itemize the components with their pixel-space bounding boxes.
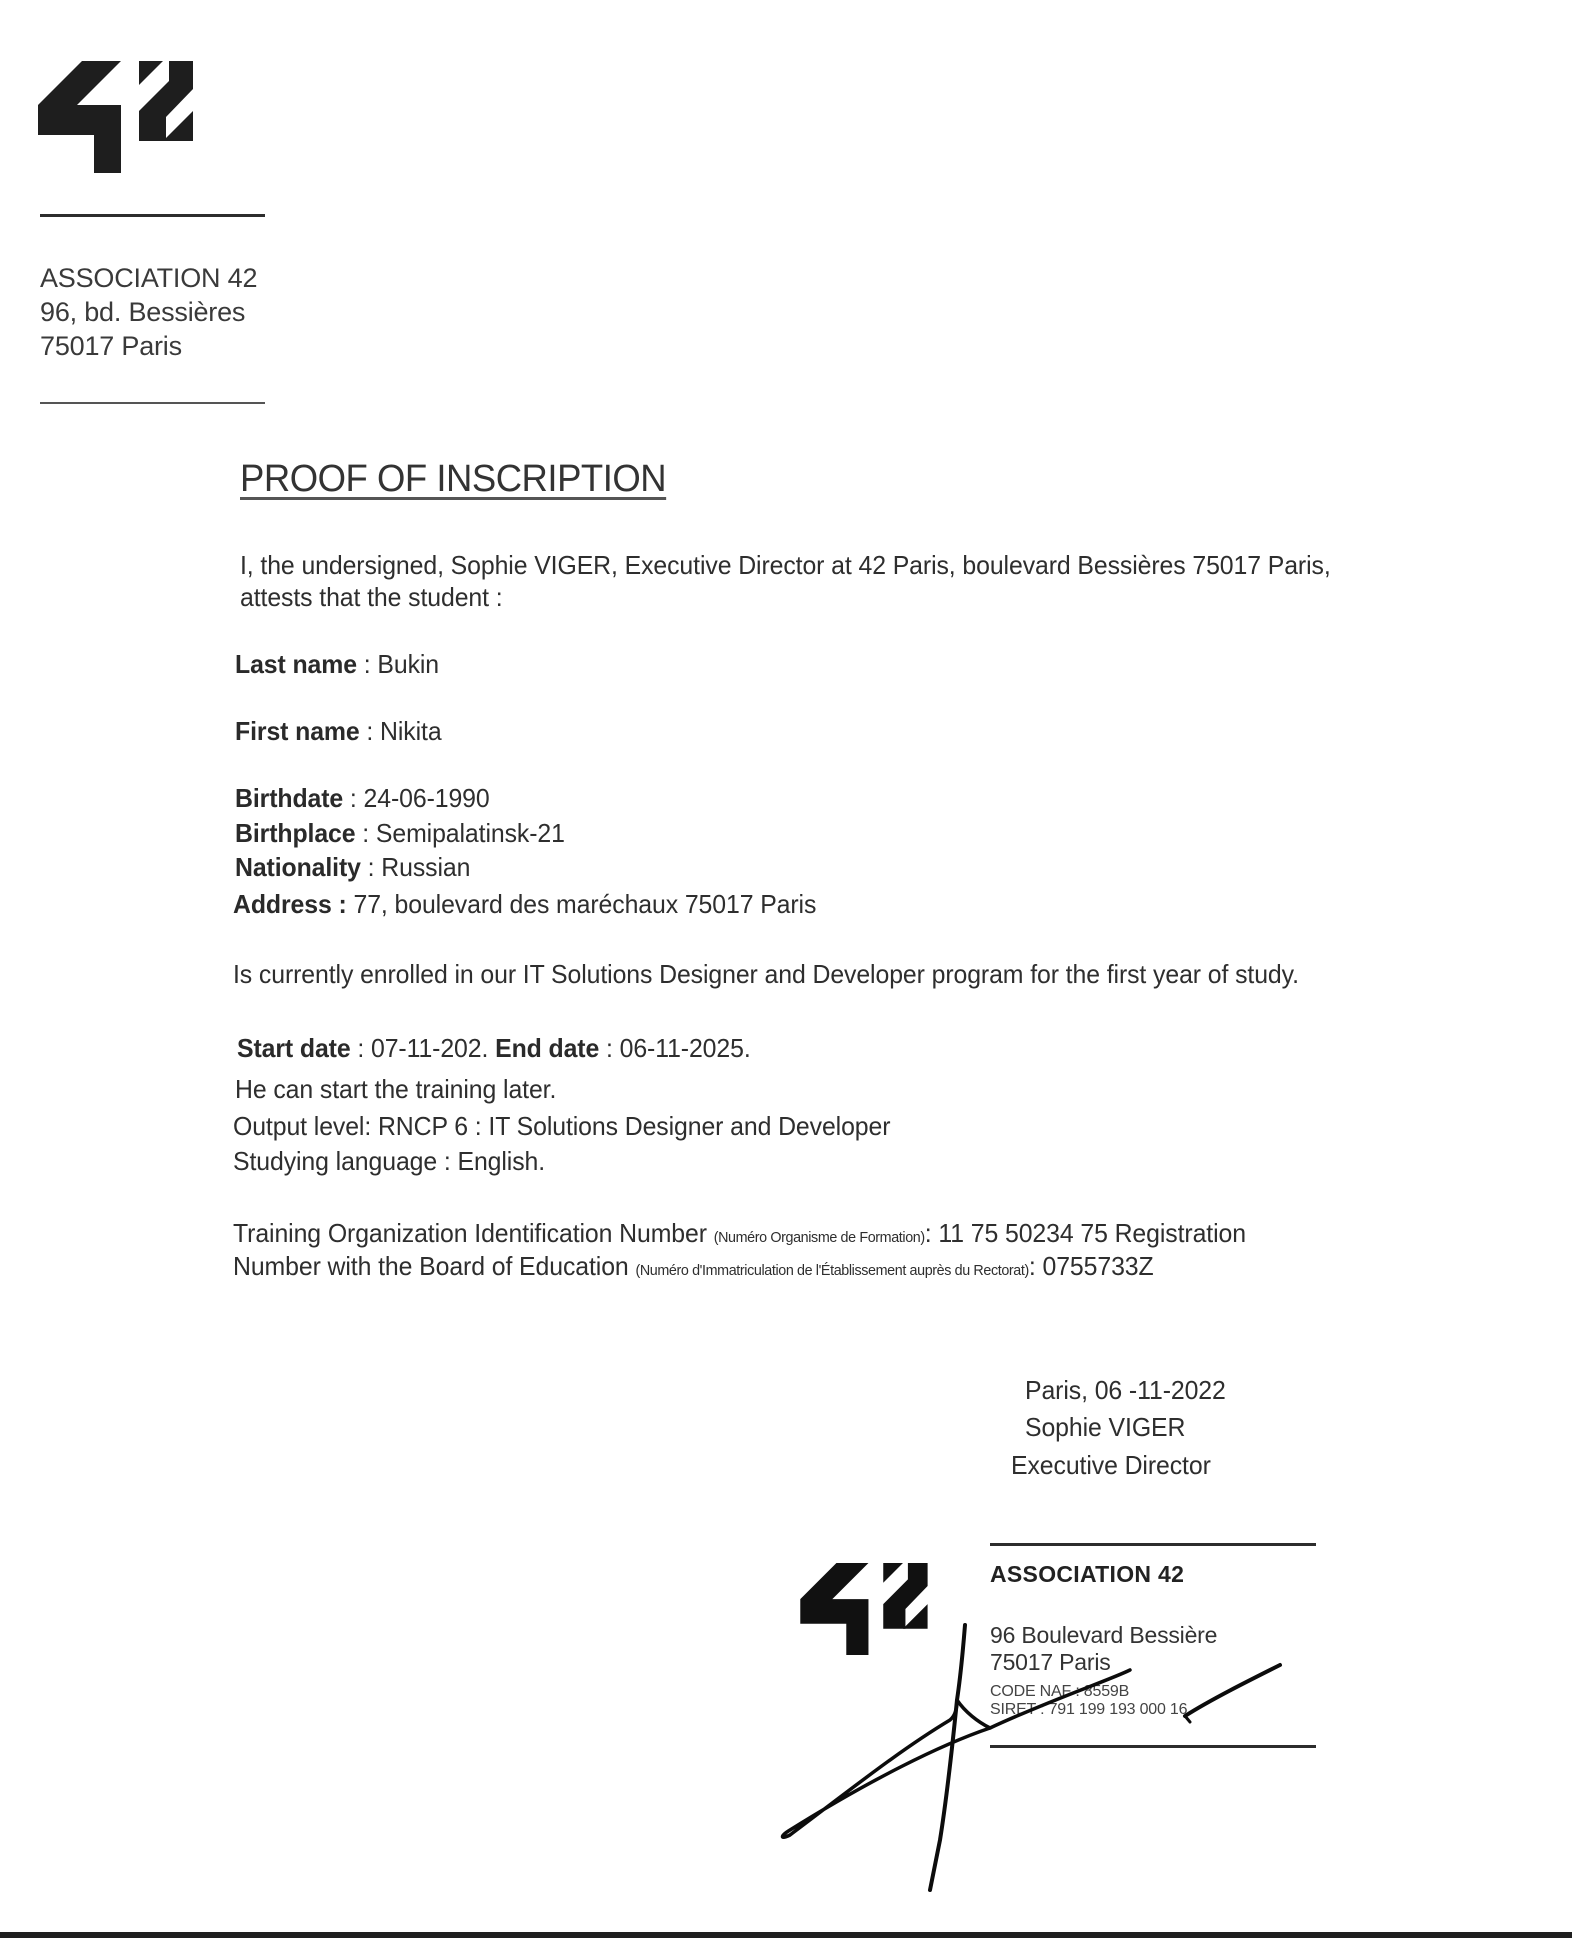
handwritten-signature-icon (0, 0, 1572, 1938)
page-bottom-edge (0, 1932, 1572, 1938)
